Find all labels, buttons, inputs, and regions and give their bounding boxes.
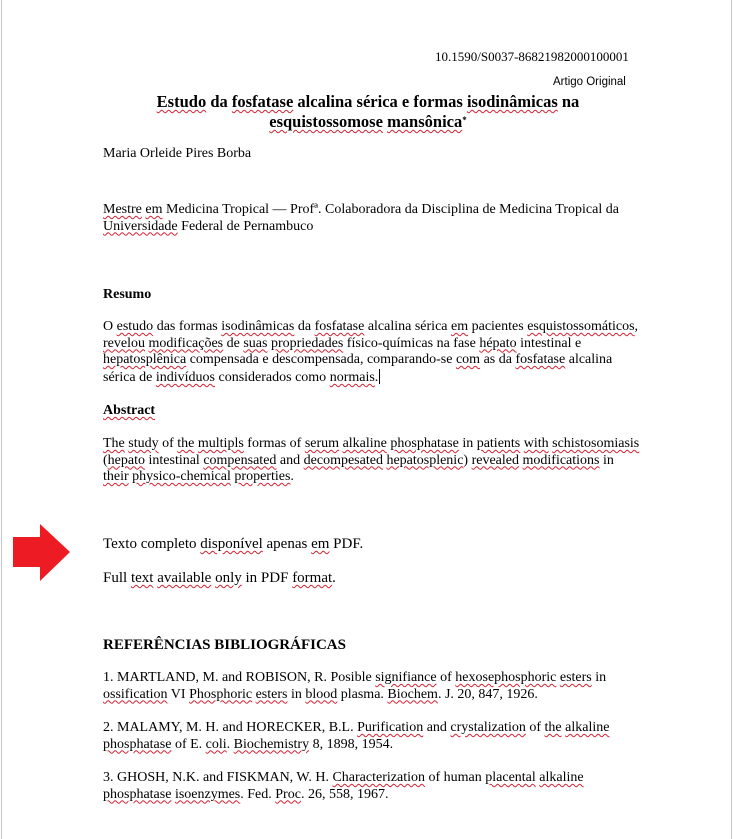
misspelled-word[interactable]: suas [243, 336, 267, 351]
misspelled-word[interactable]: decompesated [304, 453, 383, 468]
misspelled-word[interactable]: crystalization [450, 720, 525, 735]
misspelled-word[interactable]: hepato [108, 453, 145, 468]
full-text-notice-pt[interactable]: Texto completo disponível apenas em PDF. [103, 536, 643, 553]
misspelled-word[interactable]: revelou [103, 336, 145, 351]
misspelled-word[interactable]: propriedades [271, 336, 343, 351]
misspelled-word[interactable]: the [177, 436, 194, 451]
misspelled-word[interactable]: phosphatase [390, 436, 458, 451]
text-cursor [379, 369, 380, 384]
resumo-heading[interactable]: Resumo [103, 287, 643, 304]
misspelled-word[interactable]: alkaline [343, 436, 387, 451]
misspelled-word[interactable]: hepatosplenic [386, 453, 463, 468]
misspelled-word[interactable]: the [545, 720, 562, 735]
misspelled-word[interactable]: compensated [203, 453, 276, 468]
reference-item[interactable]: 1. MARTLAND, M. and ROBISON, R. Posible … [103, 670, 643, 703]
misspelled-word[interactable]: normais [330, 370, 375, 385]
misspelled-word[interactable]: patients [477, 436, 521, 451]
misspelled-word[interactable]: revealed [472, 453, 519, 468]
abstract-heading-text[interactable]: Abstract [103, 403, 155, 418]
article-title[interactable]: Estudo da fosfatase alcalina sérica e fo… [103, 92, 633, 132]
misspelled-word[interactable]: coli [206, 737, 227, 752]
misspelled-word[interactable]: serum [305, 436, 339, 451]
misspelled-word[interactable]: esters [256, 687, 288, 702]
misspelled-word[interactable]: Purification [357, 720, 423, 735]
misspelled-word[interactable]: isoenzymes [175, 787, 240, 802]
section-label: Artigo Original [553, 76, 626, 88]
reference-item[interactable]: 2. MALAMY, M. H. and HORECKER, B.L. Puri… [103, 720, 643, 753]
misspelled-word[interactable]: The [103, 436, 125, 451]
misspelled-word[interactable]: alkaline [565, 720, 609, 735]
misspelled-word[interactable]: isodinâmicas [467, 92, 558, 111]
misspelled-word[interactable]: estudo [117, 319, 154, 334]
resumo-body[interactable]: O estudo das formas isodinâmicas da fosf… [103, 319, 638, 385]
misspelled-word[interactable]: signifiance [375, 670, 436, 685]
abstract-text[interactable]: The study of the multipls formas of seru… [103, 436, 643, 486]
page-left-edge [1, 0, 2, 839]
misspelled-word[interactable]: available [157, 570, 211, 586]
misspelled-word[interactable]: hexosephosphoric [455, 670, 556, 685]
misspelled-word[interactable]: study [128, 436, 158, 451]
title-text[interactable]: Estudo da fosfatase alcalina sérica e fo… [157, 92, 580, 131]
misspelled-word[interactable]: disponível [200, 536, 263, 552]
reference-item[interactable]: 3. GHOSH, N.K. and FISKMAN, W. H. Charac… [103, 770, 643, 803]
misspelled-word[interactable]: Estudo [157, 92, 207, 111]
arrow-right-icon [13, 524, 71, 582]
misspelled-word[interactable]: esters [560, 670, 592, 685]
misspelled-word[interactable]: format [292, 570, 332, 586]
misspelled-word[interactable]: esquistossomáticos [527, 319, 634, 334]
misspelled-word[interactable]: with [524, 436, 549, 451]
misspelled-word[interactable]: em [145, 202, 162, 217]
misspelled-word[interactable]: em [451, 319, 468, 334]
affiliation[interactable]: Mestre em Medicina Tropical — Profª. Col… [103, 202, 643, 235]
misspelled-word[interactable]: fosfatase [515, 352, 565, 367]
misspelled-word[interactable]: blood [305, 687, 337, 702]
page-right-edge [731, 0, 732, 839]
misspelled-word[interactable]: properties [234, 469, 290, 484]
references-heading[interactable]: REFERÊNCIAS BIBLIOGRÁFICAS [103, 637, 643, 654]
misspelled-word[interactable]: em [311, 536, 329, 552]
misspelled-word[interactable]: fosfatase [232, 92, 293, 111]
misspelled-word[interactable]: alkaline [539, 770, 583, 785]
misspelled-word[interactable]: Universidade [103, 219, 178, 234]
misspelled-word[interactable]: hepatosplênica [103, 352, 186, 367]
misspelled-word[interactable]: placental [485, 770, 536, 785]
author-name[interactable]: Maria Orleide Pires Borba [103, 146, 643, 163]
misspelled-word[interactable]: their [103, 469, 129, 484]
misspelled-word[interactable]: multipls [198, 436, 244, 451]
misspelled-word[interactable]: Characterization [332, 770, 425, 785]
misspelled-word[interactable]: Biochemistry [234, 737, 309, 752]
full-text-notice-en[interactable]: Full text available only in PDF format. [103, 570, 643, 587]
abstract-heading[interactable]: Abstract [103, 403, 643, 420]
misspelled-word[interactable]: physico-chemical [132, 469, 231, 484]
misspelled-word[interactable]: Proc [275, 787, 301, 802]
title-footnote-mark[interactable]: * [462, 115, 467, 125]
resumo-text[interactable]: O estudo das formas isodinâmicas da fosf… [103, 319, 643, 386]
misspelled-word[interactable]: text [131, 570, 154, 586]
misspelled-word[interactable]: Phosphoric [189, 687, 252, 702]
misspelled-word[interactable]: ossification [103, 687, 168, 702]
misspelled-word[interactable]: modifications [523, 453, 600, 468]
misspelled-word[interactable]: Biochem [387, 687, 438, 702]
misspelled-word[interactable]: indivíduos [156, 370, 215, 385]
misspelled-word[interactable]: hépato [479, 336, 516, 351]
misspelled-word[interactable]: mansônica [387, 112, 462, 131]
doi: 10.1590/S0037-86821982000100001 [435, 49, 629, 65]
misspelled-word[interactable]: fosfatase [315, 319, 365, 334]
misspelled-word[interactable]: com [456, 352, 480, 367]
misspelled-word[interactable]: only [215, 570, 242, 586]
misspelled-word[interactable]: phosphatase [103, 787, 171, 802]
misspelled-word[interactable]: schistosomiasis [552, 436, 639, 451]
misspelled-word[interactable]: esquistossomose [269, 112, 383, 131]
misspelled-word[interactable]: phosphatase [103, 737, 171, 752]
misspelled-word[interactable]: modificações [148, 336, 223, 351]
misspelled-word[interactable]: isodinâmicas [221, 319, 294, 334]
misspelled-word[interactable]: Mestre [103, 202, 142, 217]
